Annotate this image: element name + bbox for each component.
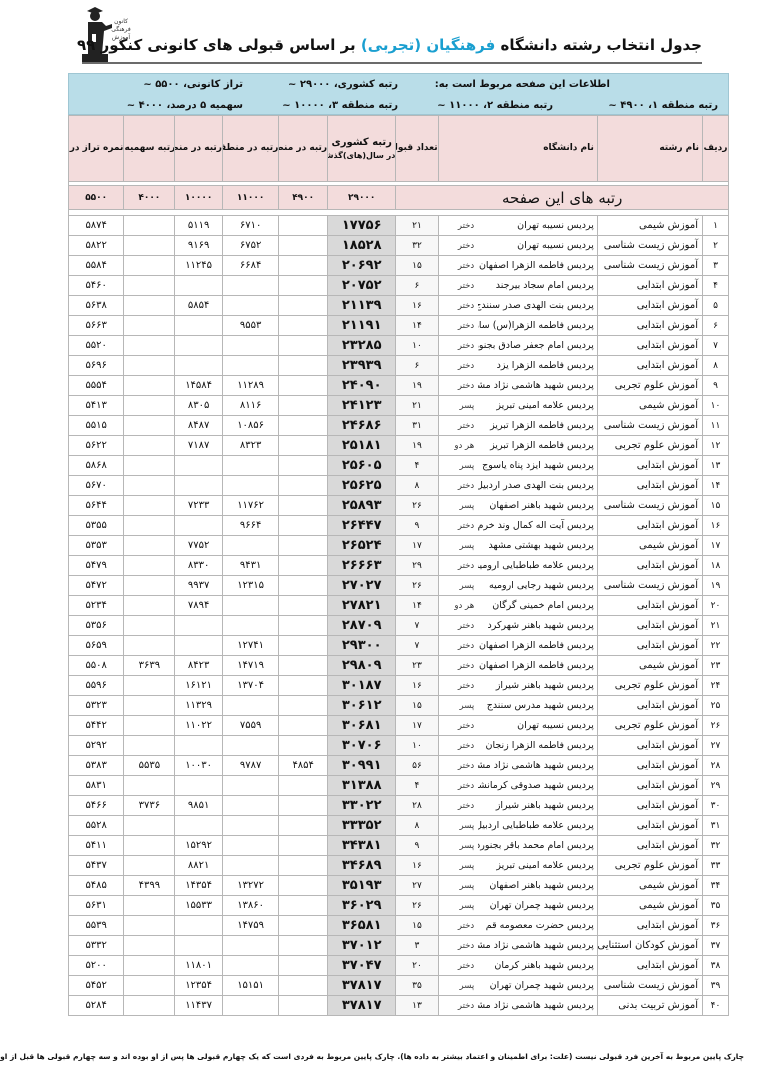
row-quota5: [124, 476, 175, 496]
row-university: پردیس فاطمه الزهرا زنجان: [478, 736, 597, 756]
row-national-rank: ۳۴۳۸۱: [328, 836, 396, 856]
row-radif: ۱۷: [703, 536, 729, 556]
title-accent: فرهنگیان (تجربی): [361, 36, 495, 54]
row-gender: دختر: [438, 256, 478, 276]
row-count: ۶: [396, 276, 438, 296]
row-region3: ۷۲۳۳: [175, 496, 223, 516]
row-score: ۵۵۲۸: [69, 816, 124, 836]
table-header: ردیف نام رشته نام دانشگاه تعداد قبولی ها…: [69, 116, 729, 182]
table-row: ۲۶آموزش علوم تجربیپردیس نسیبه تهراندختر۱…: [69, 716, 729, 736]
row-radif: ۲۵: [703, 696, 729, 716]
row-major: آموزش ابتدایی: [597, 456, 702, 476]
row-region3: [175, 316, 223, 336]
row-region3: ۸۸۲۱: [175, 856, 223, 876]
row-region2: ۹۵۵۳: [222, 316, 278, 336]
table-row: ۱۹آموزش زیست شناسیپردیس شهید رجایی ارومی…: [69, 576, 729, 596]
row-gender: دختر: [438, 556, 478, 576]
col-major: نام رشته: [597, 116, 702, 182]
row-major: آموزش ابتدایی: [597, 916, 702, 936]
row-score: ۵۵۰۸: [69, 656, 124, 676]
row-gender: دختر: [438, 656, 478, 676]
row-university: پردیس شهید هاشمی نژاد مشهد: [478, 936, 597, 956]
row-radif: ۳: [703, 256, 729, 276]
row-national-rank: ۲۳۹۳۹: [328, 356, 396, 376]
row-radif: ۹: [703, 376, 729, 396]
row-quota5: [124, 416, 175, 436]
table-row: ۳۰آموزش ابتداییپردیس شهید باهنر شیرازدخت…: [69, 796, 729, 816]
row-radif: ۳۱: [703, 816, 729, 836]
row-region1: [279, 436, 328, 456]
row-major: آموزش ابتدایی: [597, 476, 702, 496]
row-score: ۵۶۳۱: [69, 896, 124, 916]
table-row: ۳۸آموزش ابتداییپردیس شهید باهنر کرماندخت…: [69, 956, 729, 976]
row-count: ۹: [396, 516, 438, 536]
row-region1: [279, 376, 328, 396]
row-national-rank: ۲۶۵۲۴: [328, 536, 396, 556]
summary-region2: ۱۱۰۰۰: [222, 186, 278, 210]
row-major: آموزش شیمی: [597, 396, 702, 416]
row-region1: [279, 256, 328, 276]
row-region2: [222, 596, 278, 616]
row-national-rank: ۳۷۰۴۷: [328, 956, 396, 976]
row-region2: [222, 476, 278, 496]
row-region3: [175, 456, 223, 476]
row-region3: [175, 736, 223, 756]
row-region3: [175, 476, 223, 496]
row-major: آموزش علوم تجربی: [597, 376, 702, 396]
row-region1: [279, 396, 328, 416]
row-quota5: [124, 936, 175, 956]
row-count: ۱۵: [396, 916, 438, 936]
row-national-rank: ۲۸۷۰۹: [328, 616, 396, 636]
row-radif: ۶: [703, 316, 729, 336]
row-score: ۵۴۷۲: [69, 576, 124, 596]
row-national-rank: ۲۱۱۹۱: [328, 316, 396, 336]
info-kanoon-score: تراز کانونی، ۵۵۰۰ ~: [143, 79, 243, 90]
table-row: ۱۶آموزش ابتداییپردیس آیت اله کمال وند خر…: [69, 516, 729, 536]
row-gender: دختر: [438, 676, 478, 696]
row-region3: ۱۱۲۴۵: [175, 256, 223, 276]
row-region3: ۱۱۳۲۹: [175, 696, 223, 716]
row-gender: پسر: [438, 456, 478, 476]
row-score: ۵۶۶۳: [69, 316, 124, 336]
row-region3: ۱۰۰۳۰: [175, 756, 223, 776]
table-row: ۳۹آموزش زیست شناسیپردیس شهید چمران تهران…: [69, 976, 729, 996]
info-quota5: سهمیه ۵ درصد، ۴۰۰۰ ~: [127, 100, 243, 111]
table-row: ۲۱آموزش ابتداییپردیس شهید باهنر شهرکرددخ…: [69, 616, 729, 636]
title-underline: [82, 62, 702, 64]
row-radif: ۳۴: [703, 876, 729, 896]
row-region1: [279, 356, 328, 376]
row-region2: ۹۴۳۱: [222, 556, 278, 576]
row-national-rank: ۳۷۸۱۷: [328, 976, 396, 996]
col-region2: رتبه در منطقه ۲ (چارک پایین): [222, 116, 278, 182]
row-quota5: [124, 236, 175, 256]
row-score: ۵۲۳۴: [69, 596, 124, 616]
row-major: آموزش زیست شناسی: [597, 416, 702, 436]
row-university: پردیس شهید چمران تهران: [478, 976, 597, 996]
row-region1: [279, 676, 328, 696]
table-row: ۳۵آموزش شیمیپردیس شهید چمران تهرانپسر۲۶۳…: [69, 896, 729, 916]
row-national-rank: ۲۴۶۸۶: [328, 416, 396, 436]
row-major: آموزش کودکان استثنایی: [597, 936, 702, 956]
row-major: آموزش شیمی: [597, 876, 702, 896]
row-region3: ۱۵۲۹۲: [175, 836, 223, 856]
row-region3: ۷۸۹۴: [175, 596, 223, 616]
row-major: آموزش علوم تجربی: [597, 436, 702, 456]
row-radif: ۱۱: [703, 416, 729, 436]
row-count: ۴: [396, 456, 438, 476]
row-major: آموزش ابتدایی: [597, 556, 702, 576]
row-region3: [175, 616, 223, 636]
row-region2: ۱۳۸۶۰: [222, 896, 278, 916]
row-region3: ۹۸۵۱: [175, 796, 223, 816]
row-quota5: [124, 436, 175, 456]
row-university: پردیس شهید ایزد پناه یاسوج: [478, 456, 597, 476]
row-gender: پسر: [438, 576, 478, 596]
row-region1: [279, 576, 328, 596]
row-gender: دختر: [438, 336, 478, 356]
table-row: ۲۷آموزش ابتداییپردیس فاطمه الزهرا زنجاند…: [69, 736, 729, 756]
row-quota5: [124, 616, 175, 636]
table-body: ۱آموزش شیمیپردیس نسیبه تهراندختر۲۱۱۷۷۵۶۶…: [69, 216, 729, 1016]
table-row: ۳۲آموزش ابتداییپردیس امام محمد باقر بجنو…: [69, 836, 729, 856]
row-gender: دختر: [438, 776, 478, 796]
row-count: ۲۱: [396, 396, 438, 416]
row-count: ۱۳: [396, 996, 438, 1016]
row-count: ۳۱: [396, 416, 438, 436]
row-region3: [175, 636, 223, 656]
row-region2: [222, 456, 278, 476]
footnote: چارک پایین مربوط به آخرین فرد قبولی نیست…: [0, 1052, 744, 1061]
row-score: ۵۵۱۵: [69, 416, 124, 436]
row-region3: ۸۳۰۵: [175, 396, 223, 416]
row-quota5: [124, 596, 175, 616]
row-score: ۵۵۹۶: [69, 676, 124, 696]
row-region2: [222, 776, 278, 796]
row-national-rank: ۳۰۶۱۲: [328, 696, 396, 716]
row-gender: دختر: [438, 756, 478, 776]
row-gender: دختر: [438, 236, 478, 256]
row-score: ۵۳۵۳: [69, 536, 124, 556]
summary-row: رتبه های این صفحه ۲۹۰۰۰ ۴۹۰۰ ۱۱۰۰۰ ۱۰۰۰۰…: [69, 186, 729, 210]
row-count: ۱۵: [396, 256, 438, 276]
row-region2: [222, 856, 278, 876]
row-quota5: [124, 396, 175, 416]
info-heading: اطلاعات این صفحه مربوط است به:: [435, 79, 610, 90]
col-region3: رتبه در منطقه ۳ (چارک پایین): [175, 116, 223, 182]
row-quota5: [124, 816, 175, 836]
col-radif: ردیف: [703, 116, 729, 182]
row-score: ۵۴۶۶: [69, 796, 124, 816]
row-score: ۵۸۲۲: [69, 236, 124, 256]
row-radif: ۱۹: [703, 576, 729, 596]
row-region3: ۱۱۰۲۲: [175, 716, 223, 736]
table-row: ۳۱آموزش ابتداییپردیس علامه طباطبایی اردب…: [69, 816, 729, 836]
row-region2: [222, 996, 278, 1016]
row-region1: [279, 696, 328, 716]
row-national-rank: ۲۵۶۲۵: [328, 476, 396, 496]
row-major: آموزش زیست شناسی: [597, 576, 702, 596]
row-quota5: [124, 516, 175, 536]
row-region3: [175, 916, 223, 936]
row-count: ۱۰: [396, 736, 438, 756]
row-region3: ۸۴۲۳: [175, 656, 223, 676]
row-quota5: [124, 296, 175, 316]
row-quota5: ۳۷۳۶: [124, 796, 175, 816]
row-region1: [279, 336, 328, 356]
row-radif: ۱۵: [703, 496, 729, 516]
row-university: پردیس شهید رجایی ارومیه: [478, 576, 597, 596]
col-score: نمره تراز در آزمون های کانون (چارک پایین…: [69, 116, 124, 182]
row-region1: [279, 496, 328, 516]
row-major: آموزش ابتدایی: [597, 316, 702, 336]
row-score: ۵۳۵۶: [69, 616, 124, 636]
row-major: آموزش ابتدایی: [597, 756, 702, 776]
row-radif: ۴: [703, 276, 729, 296]
row-national-rank: ۳۰۷۰۶: [328, 736, 396, 756]
table-row: ۱۴آموزش ابتداییپردیس بنت الهدی صدر اردبی…: [69, 476, 729, 496]
row-major: آموزش ابتدایی: [597, 336, 702, 356]
row-score: ۵۶۳۸: [69, 296, 124, 316]
row-radif: ۷: [703, 336, 729, 356]
row-university: پردیس حضرت معصومه قم: [478, 916, 597, 936]
table-row: ۲۹آموزش ابتداییپردیس شهید صدوقی کرمانشاه…: [69, 776, 729, 796]
row-region3: ۸۴۸۷: [175, 416, 223, 436]
row-radif: ۲۰: [703, 596, 729, 616]
row-national-rank: ۲۱۱۳۹: [328, 296, 396, 316]
row-radif: ۲۲: [703, 636, 729, 656]
row-radif: ۱۸: [703, 556, 729, 576]
row-gender: پسر: [438, 396, 478, 416]
summary-national-rank: ۲۹۰۰۰: [328, 186, 396, 210]
row-radif: ۳۳: [703, 856, 729, 876]
row-score: ۵۸۷۴: [69, 216, 124, 236]
row-gender: دختر: [438, 716, 478, 736]
row-national-rank: ۲۵۱۸۱: [328, 436, 396, 456]
row-region1: [279, 956, 328, 976]
row-university: پردیس امام سجاد بیرجند: [478, 276, 597, 296]
row-count: ۶: [396, 356, 438, 376]
row-count: ۱۶: [396, 296, 438, 316]
row-national-rank: ۳۳۳۵۲: [328, 816, 396, 836]
row-national-rank: ۲۳۲۸۵: [328, 336, 396, 356]
row-region2: ۸۱۱۶: [222, 396, 278, 416]
row-count: ۱۰: [396, 336, 438, 356]
row-gender: دختر: [438, 916, 478, 936]
row-national-rank: ۲۰۶۹۲: [328, 256, 396, 276]
row-quota5: [124, 316, 175, 336]
row-radif: ۲۶: [703, 716, 729, 736]
row-count: ۷: [396, 636, 438, 656]
row-quota5: [124, 276, 175, 296]
row-radif: ۳۵: [703, 896, 729, 916]
row-region2: [222, 956, 278, 976]
row-national-rank: ۲۵۸۹۳: [328, 496, 396, 516]
row-region2: [222, 616, 278, 636]
row-quota5: [124, 536, 175, 556]
row-region1: [279, 416, 328, 436]
row-gender: دختر: [438, 956, 478, 976]
table-row: ۲۵آموزش ابتداییپردیس شهید مدرس سنندجپسر۱…: [69, 696, 729, 716]
row-major: آموزش ابتدایی: [597, 296, 702, 316]
row-region3: [175, 816, 223, 836]
row-radif: ۱۶: [703, 516, 729, 536]
info-region1: رتبه منطقه ۱، ۴۹۰۰ ~: [608, 100, 718, 111]
table-row: ۲۸آموزش ابتداییپردیس شهید هاشمی نژاد مشه…: [69, 756, 729, 776]
table-row: ۱۵آموزش زیست شناسیپردیس شهید باهنر اصفها…: [69, 496, 729, 516]
row-count: ۱۶: [396, 676, 438, 696]
row-count: ۵۶: [396, 756, 438, 776]
page-header: کانون فرهنگی آموزش جدول انتخاب رشته دانش…: [82, 0, 702, 66]
row-gender: دختر: [438, 936, 478, 956]
row-radif: ۲۴: [703, 676, 729, 696]
row-major: آموزش ابتدایی: [597, 776, 702, 796]
row-region3: ۱۱۸۰۱: [175, 956, 223, 976]
table-row: ۱آموزش شیمیپردیس نسیبه تهراندختر۲۱۱۷۷۵۶۶…: [69, 216, 729, 236]
row-score: ۵۴۶۰: [69, 276, 124, 296]
row-quota5: [124, 716, 175, 736]
row-region1: [279, 936, 328, 956]
row-region1: [279, 536, 328, 556]
row-region2: [222, 276, 278, 296]
row-university: پردیس نسیبه تهران: [478, 216, 597, 236]
row-region1: [279, 856, 328, 876]
row-region3: ۷۱۸۷: [175, 436, 223, 456]
row-quota5: [124, 696, 175, 716]
row-region2: ۱۱۷۶۲: [222, 496, 278, 516]
row-radif: ۳۶: [703, 916, 729, 936]
table-row: ۱۷آموزش شیمیپردیس شهید بهشتی مشهدپسر۱۷۲۶…: [69, 536, 729, 556]
summary-region1: ۴۹۰۰: [279, 186, 328, 210]
row-score: ۵۳۸۳: [69, 756, 124, 776]
row-region1: [279, 456, 328, 476]
row-university: پردیس امام محمد باقر بجنورد: [478, 836, 597, 856]
info-region3: رتبه منطقه ۳، ۱۰۰۰۰ ~: [282, 100, 398, 111]
row-quota5: [124, 496, 175, 516]
row-gender: دختر: [438, 516, 478, 536]
row-radif: ۳۹: [703, 976, 729, 996]
row-gender: دختر: [438, 376, 478, 396]
row-radif: ۲۷: [703, 736, 729, 756]
row-region3: [175, 936, 223, 956]
table-row: ۱۸آموزش ابتداییپردیس علامه طباطبایی اروم…: [69, 556, 729, 576]
row-region1: [279, 516, 328, 536]
row-region1: [279, 996, 328, 1016]
row-region2: [222, 356, 278, 376]
row-gender: پسر: [438, 896, 478, 916]
row-quota5: ۴۳۹۹: [124, 876, 175, 896]
row-quota5: ۳۶۳۹: [124, 656, 175, 676]
row-region2: ۹۶۶۴: [222, 516, 278, 536]
row-university: پردیس شهید باهنر کرمان: [478, 956, 597, 976]
row-quota5: [124, 556, 175, 576]
row-region2: ۱۵۱۵۱: [222, 976, 278, 996]
col-quota5: رتبه سهمیه ۵ درصد (چارک پایین): [124, 116, 175, 182]
row-major: آموزش شیمی: [597, 896, 702, 916]
row-count: ۲۱: [396, 216, 438, 236]
row-score: ۵۳۳۲: [69, 936, 124, 956]
row-radif: ۱۳: [703, 456, 729, 476]
row-region3: [175, 776, 223, 796]
row-national-rank: ۳۵۱۹۳: [328, 876, 396, 896]
row-region3: [175, 336, 223, 356]
row-count: ۸: [396, 476, 438, 496]
row-quota5: [124, 376, 175, 396]
row-score: ۵۶۷۰: [69, 476, 124, 496]
row-score: ۵۲۸۴: [69, 996, 124, 1016]
row-gender: دختر: [438, 996, 478, 1016]
row-radif: ۵: [703, 296, 729, 316]
row-major: آموزش ابتدایی: [597, 276, 702, 296]
table-row: ۳۶آموزش ابتداییپردیس حضرت معصومه قمدختر۱…: [69, 916, 729, 936]
row-university: پردیس آیت اله کمال وند خرم آباد: [478, 516, 597, 536]
table-row: ۹آموزش علوم تجربیپردیس شهید هاشمی نژاد م…: [69, 376, 729, 396]
table-row: ۸آموزش ابتداییپردیس فاطمه الزهرا یزددختر…: [69, 356, 729, 376]
row-score: ۵۵۳۹: [69, 916, 124, 936]
row-score: ۵۵۸۴: [69, 256, 124, 276]
row-count: ۱۹: [396, 376, 438, 396]
row-radif: ۸: [703, 356, 729, 376]
row-region2: ۱۳۲۷۲: [222, 876, 278, 896]
row-region3: ۵۱۱۹: [175, 216, 223, 236]
table-row: ۷آموزش ابتداییپردیس امام جعفر صادق بجنور…: [69, 336, 729, 356]
row-region2: [222, 936, 278, 956]
row-gender: دختر: [438, 796, 478, 816]
row-region2: ۱۳۷۰۴: [222, 676, 278, 696]
row-count: ۲۷: [396, 876, 438, 896]
row-quota5: [124, 776, 175, 796]
summary-region3: ۱۰۰۰۰: [175, 186, 223, 210]
row-score: ۵۵۲۰: [69, 336, 124, 356]
row-region3: [175, 356, 223, 376]
row-national-rank: ۱۸۵۲۸: [328, 236, 396, 256]
row-university: پردیس شهید صدوقی کرمانشاه: [478, 776, 597, 796]
table-row: ۲۲آموزش ابتداییپردیس فاطمه الزهرا اصفهان…: [69, 636, 729, 656]
row-national-rank: ۲۵۶۰۵: [328, 456, 396, 476]
row-count: ۴: [396, 776, 438, 796]
row-national-rank: ۲۶۶۶۳: [328, 556, 396, 576]
row-region3: ۱۴۵۸۴: [175, 376, 223, 396]
row-national-rank: ۳۰۹۹۱: [328, 756, 396, 776]
row-university: پردیس فاطمه الزهرا تبریز: [478, 436, 597, 456]
row-region1: [279, 916, 328, 936]
row-major: آموزش علوم تجربی: [597, 856, 702, 876]
row-university: پردیس فاطمه الزهرا اصفهان: [478, 256, 597, 276]
row-national-rank: ۳۷۰۱۲: [328, 936, 396, 956]
row-major: آموزش ابتدایی: [597, 836, 702, 856]
row-quota5: [124, 456, 175, 476]
row-major: آموزش ابتدایی: [597, 956, 702, 976]
row-region2: ۱۴۷۵۹: [222, 916, 278, 936]
row-score: ۵۴۱۳: [69, 396, 124, 416]
row-national-rank: ۳۷۸۱۷: [328, 996, 396, 1016]
row-count: ۳۲: [396, 236, 438, 256]
row-gender: پسر: [438, 696, 478, 716]
row-region3: ۵۸۵۴: [175, 296, 223, 316]
row-major: آموزش زیست شناسی: [597, 236, 702, 256]
row-quota5: [124, 676, 175, 696]
summary-label: رتبه های این صفحه: [396, 186, 729, 210]
row-region2: ۹۷۸۷: [222, 756, 278, 776]
table-row: ۶آموزش ابتداییپردیس فاطمه الزهرا(س) ساری…: [69, 316, 729, 336]
row-score: ۵۳۵۵: [69, 516, 124, 536]
row-university: پردیس شهید هاشمی نژاد مشهد: [478, 756, 597, 776]
row-major: آموزش ابتدایی: [597, 596, 702, 616]
row-region2: ۱۲۷۴۱: [222, 636, 278, 656]
row-quota5: [124, 636, 175, 656]
row-gender: دختر: [438, 416, 478, 436]
